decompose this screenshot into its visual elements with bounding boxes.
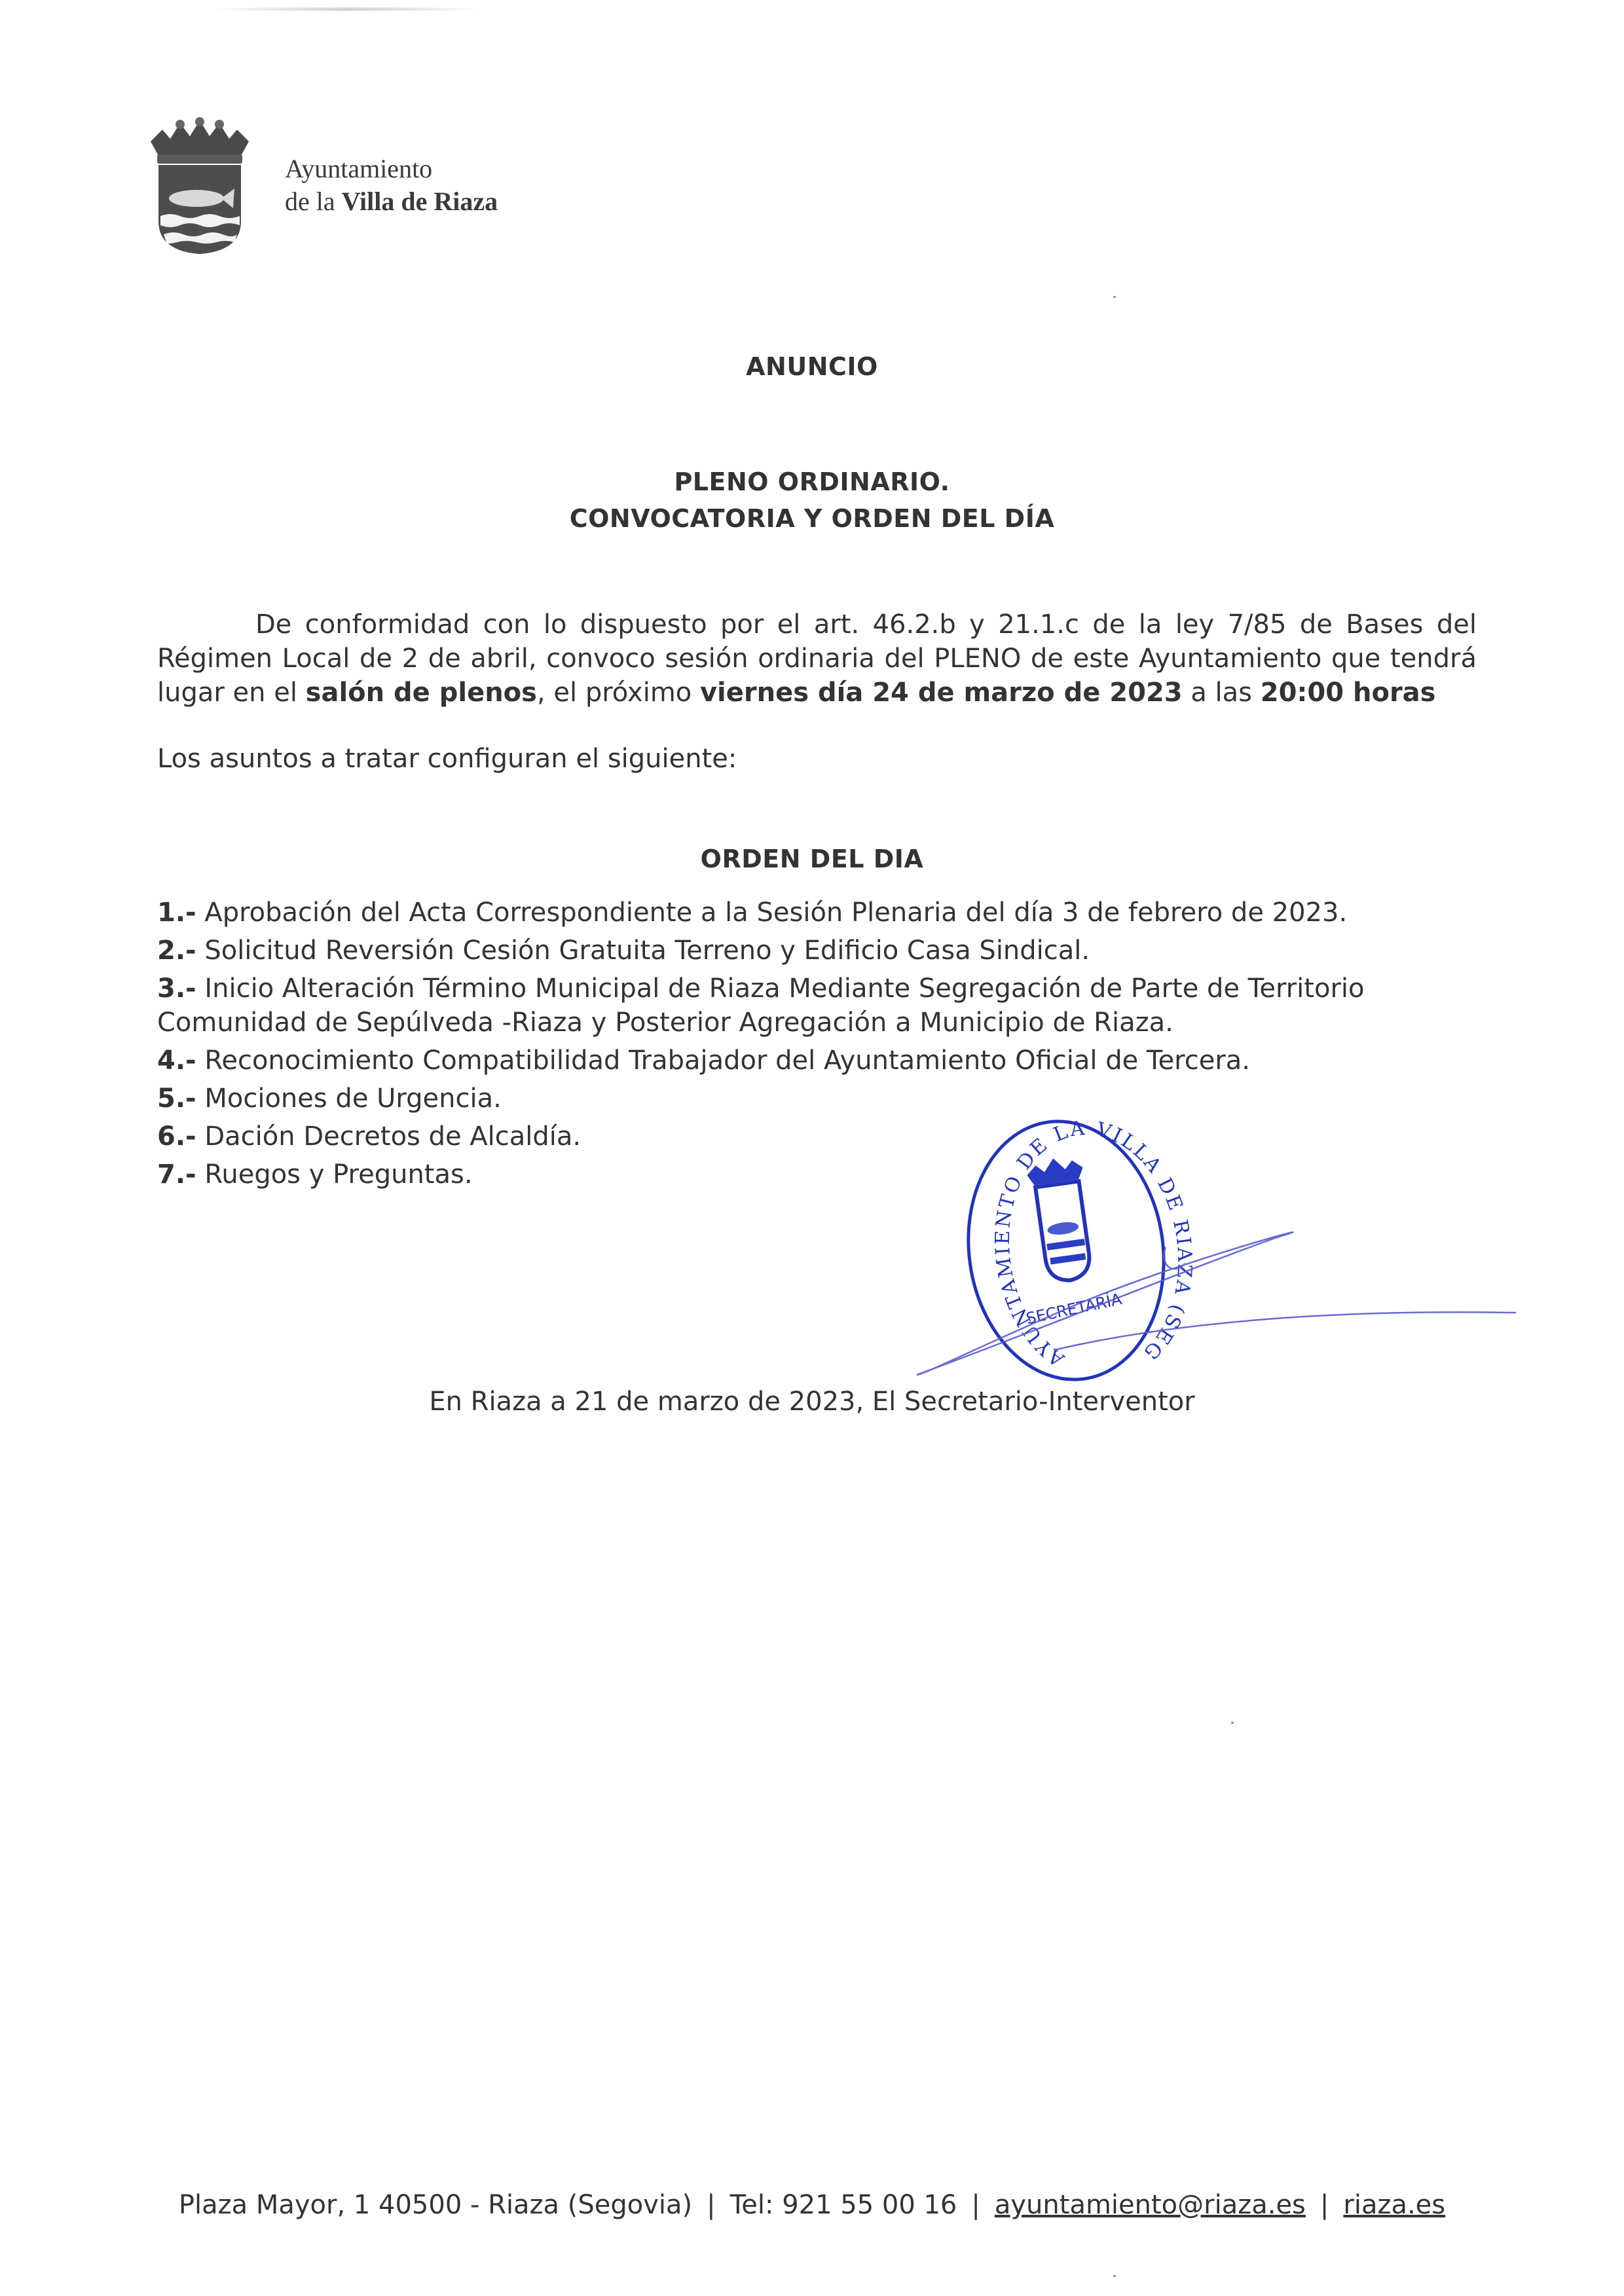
organization-name: Ayuntamiento de la Villa de Riaza	[285, 153, 498, 218]
org-name-bold: Villa de Riaza	[342, 187, 498, 216]
footer-address: Plaza Mayor, 1 40500 - Riaza (Segovia)	[179, 2190, 692, 2220]
title-anuncio: ANUNCIO	[0, 352, 1624, 381]
agenda-item: 2.- Solicitud Reversión Cesión Gratuita …	[157, 934, 1467, 968]
stamp-seal-icon: AYUNTAMIENTO DE LA VILLA DE RIAZA (SEGOV…	[910, 1106, 1212, 1381]
footer-contact: Plaza Mayor, 1 40500 - Riaza (Segovia)|T…	[0, 2190, 1624, 2220]
scan-artifact	[210, 7, 485, 12]
location-bold: salón de plenos	[306, 678, 537, 708]
agenda-item: 3.- Inicio Alteración Término Municipal …	[157, 972, 1401, 1040]
footer-website-link[interactable]: riaza.es	[1343, 2190, 1445, 2220]
convocation-paragraph: De conformidad con lo dispuesto por el a…	[157, 608, 1477, 710]
time-bold: 20:00 horas	[1261, 678, 1436, 708]
date-bold: viernes día 24 de marzo de 2023	[700, 678, 1183, 708]
footer-email-link[interactable]: ayuntamiento@riaza.es	[995, 2190, 1306, 2220]
title-convocatoria: CONVOCATORIA Y ORDEN DEL DÍA	[0, 500, 1624, 537]
official-stamp: AYUNTAMIENTO DE LA VILLA DE RIAZA (SEGOV…	[910, 1106, 1532, 1381]
title-pleno: PLENO ORDINARIO.	[0, 464, 1624, 500]
org-line-2: de la Villa de Riaza	[285, 185, 498, 218]
title-orden-del-dia: ORDEN DEL DIA	[0, 845, 1624, 873]
footer-phone: Tel: 921 55 00 16	[730, 2190, 957, 2220]
signature-line: En Riaza a 21 de marzo de 2023, El Secre…	[0, 1387, 1624, 1417]
agenda-item: 4.- Reconocimiento Compatibilidad Trabaj…	[157, 1044, 1467, 1078]
agenda-item: 1.- Aprobación del Acta Correspondiente …	[157, 896, 1467, 930]
scan-speck	[1113, 2275, 1116, 2277]
title-pleno-ordinario: PLENO ORDINARIO. CONVOCATORIA Y ORDEN DE…	[0, 464, 1624, 537]
coat-of-arms-icon	[144, 117, 255, 254]
stamp-center-label: SECRETARÍA	[1024, 1289, 1124, 1328]
org-line-1: Ayuntamiento	[285, 153, 498, 185]
scan-speck	[1113, 296, 1116, 298]
scan-speck	[1231, 1722, 1234, 1724]
agenda-intro: Los asuntos a tratar configuran el sigui…	[157, 744, 737, 774]
